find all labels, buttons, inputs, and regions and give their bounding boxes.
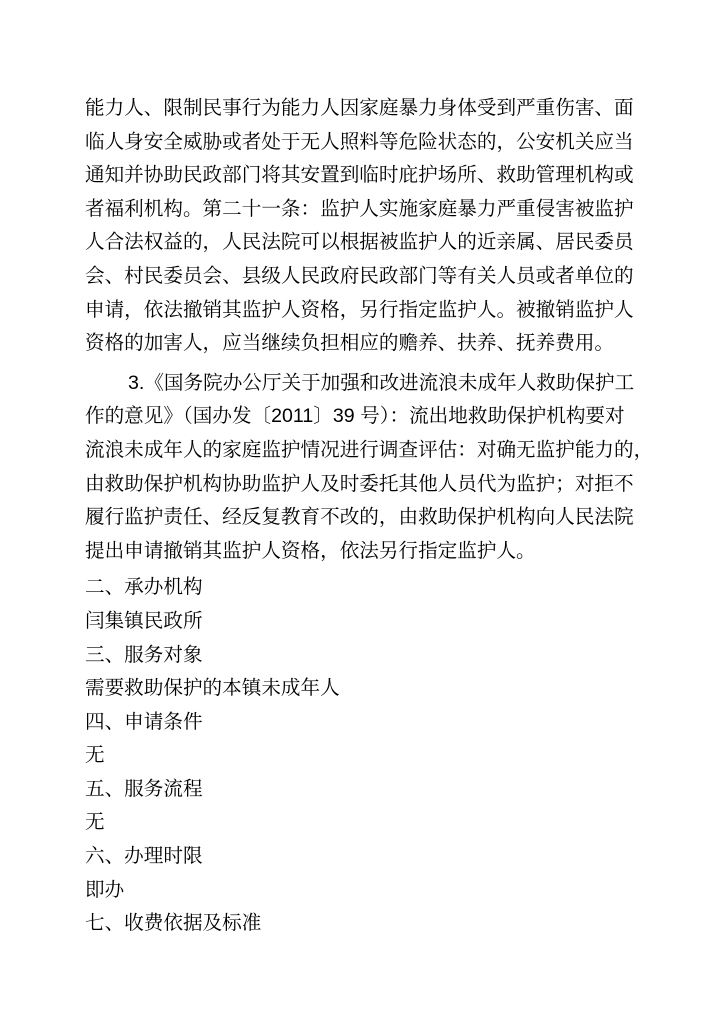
- section-heading: 二、承办机构: [85, 571, 645, 605]
- section-heading: 五、服务流程: [85, 773, 645, 807]
- paragraph-line: 作的意见》（国办发〔2011〕39 号）：流出地救助保护机构要对: [85, 400, 645, 434]
- paragraph-line: 通知并协助民政部门将其安置到临时庇护场所、救助管理机构或: [85, 159, 645, 193]
- paragraph-line: 临人身安全威胁或者处于无人照料等危险状态的，公安机关应当: [85, 126, 645, 160]
- section-heading: 七、收费依据及标准: [85, 907, 645, 941]
- paragraph-line: 能力人、限制民事行为能力人因家庭暴力身体受到严重伤害、面: [85, 92, 645, 126]
- paragraph-line: 履行监护责任、经反复教育不改的，由救助保护机构向人民法院: [85, 501, 645, 535]
- paragraph-line: 资格的加害人，应当继续负担相应的赡养、扶养、抚养费用。: [85, 327, 645, 361]
- paragraph-line: 人合法权益的，人民法院可以根据被监护人的近亲属、居民委员: [85, 226, 645, 260]
- section-heading: 六、办理时限: [85, 840, 645, 874]
- section-value: 闫集镇民政所: [85, 605, 645, 639]
- paragraph-line: 申请，依法撤销其监护人资格，另行指定监护人。被撤销监护人: [85, 294, 645, 328]
- paragraph-line: 提出申请撤销其监护人资格，依法另行指定监护人。: [85, 535, 645, 569]
- section-value: 即办: [85, 874, 645, 908]
- paragraph-line: 者福利机构。第二十一条：监护人实施家庭暴力严重侵害被监护: [85, 193, 645, 227]
- paragraph-line: 3.《国务院办公厅关于加强和改进流浪未成年人救助保护工: [85, 367, 645, 401]
- section-heading: 四、申请条件: [85, 706, 645, 740]
- section-value: 无: [85, 739, 645, 773]
- section-heading: 三、服务对象: [85, 639, 645, 673]
- paragraph-line: 流浪未成年人的家庭监护情况进行调查评估：对确无监护能力的，: [85, 434, 645, 468]
- section-value: 需要救助保护的本镇未成年人: [85, 672, 645, 706]
- document-content: 能力人、限制民事行为能力人因家庭暴力身体受到严重伤害、面 临人身安全威胁或者处于…: [85, 92, 645, 941]
- section-value: 无: [85, 806, 645, 840]
- document-page: 能力人、限制民事行为能力人因家庭暴力身体受到严重伤害、面 临人身安全威胁或者处于…: [0, 0, 715, 1011]
- paragraph-line: 会、村民委员会、县级人民政府民政部门等有关人员或者单位的: [85, 260, 645, 294]
- paragraph-line: 由救助保护机构协助监护人及时委托其他人员代为监护；对拒不: [85, 468, 645, 502]
